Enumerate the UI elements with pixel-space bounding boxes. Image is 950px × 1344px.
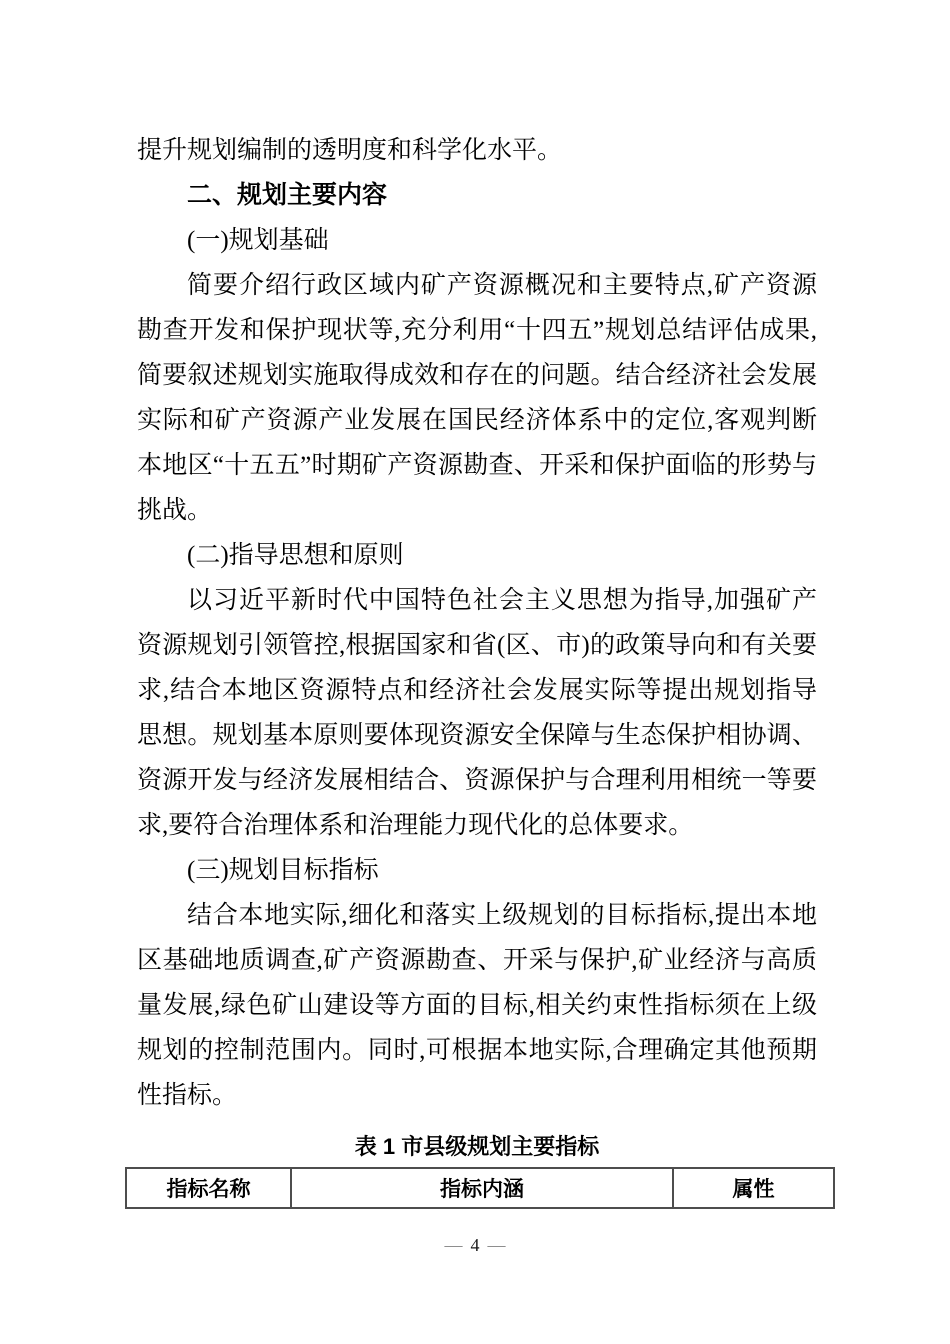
document-content: 提升规划编制的透明度和科学化水平。 二、规划主要内容 (一)规划基础 简要介绍行… [137,128,817,1209]
subsection-heading-planning-basis: (一)规划基础 [137,218,817,263]
section-heading: 二、规划主要内容 [137,173,817,218]
paragraph-target-indicators: 结合本地实际,细化和落实上级规划的目标指标,提出本地区基础地质调查,矿产资源勘查… [137,893,817,1118]
paragraph-planning-basis: 简要介绍行政区域内矿产资源概况和主要特点,矿产资源勘查开发和保护现状等,充分利用… [137,263,817,533]
indicator-table: 指标名称 指标内涵 属性 [125,1167,835,1209]
table-header-attribute: 属性 [673,1168,834,1208]
table-caption: 表 1 市县级规划主要指标 [137,1132,817,1162]
table-header-row: 指标名称 指标内涵 属性 [126,1168,834,1208]
page-number: 4 [471,1235,480,1255]
subsection-heading-target-indicators: (三)规划目标指标 [137,848,817,893]
paragraph-continuation: 提升规划编制的透明度和科学化水平。 [137,128,817,173]
page-footer: —4— [0,1234,950,1256]
table-header-indicator-meaning: 指标内涵 [291,1168,673,1208]
document-page: 提升规划编制的透明度和科学化水平。 二、规划主要内容 (一)规划基础 简要介绍行… [0,0,950,1344]
footer-dash-left: — [445,1235,463,1255]
subsection-heading-guiding-principles: (二)指导思想和原则 [137,533,817,578]
table-header-indicator-name: 指标名称 [126,1168,291,1208]
footer-dash-right: — [488,1235,506,1255]
paragraph-guiding-principles: 以习近平新时代中国特色社会主义思想为指导,加强矿产资源规划引领管控,根据国家和省… [137,578,817,848]
